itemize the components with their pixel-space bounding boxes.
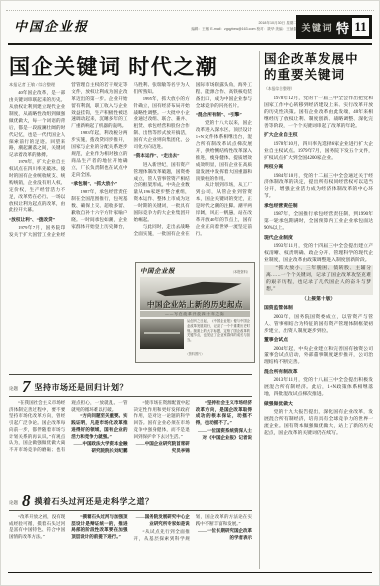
- topic-title: 坚持市场还是回归计划？: [35, 382, 129, 394]
- paragraph-sub: 混合所有制改革: [264, 370, 373, 377]
- paragraph-p: 进入新世纪，国有资产管理体制改革破题，国资委成立，管人管事管资产相结合的框架形成…: [134, 162, 190, 224]
- paragraph-shade: “抓大放小、三年脱困、债转股、主辅分离……一个个关键词，记录了国企改革攻坚克难的…: [264, 265, 373, 295]
- paragraph-p: 1993年11月，党的十四届三中全会提出建立产权清晰、权责明确、政企分开、管理科…: [264, 244, 373, 265]
- paragraph-p: 1978年12月，党的十一届三中全会作出把党和国家工作中心转移到经济建设上来、实…: [264, 96, 373, 131]
- paragraph-sub: “放权让利”、“拨改贷”: [9, 217, 65, 224]
- clipping-subheadline: ——写在改革开放四十年之际: [140, 311, 250, 317]
- clipping-caption: （资料图片）: [140, 351, 250, 356]
- byline: 本报记者 王敏 / 综合整理: [9, 82, 65, 88]
- paragraph-p: 1978年10月，四川率先选择6家企业进行扩大企业自主权试点。1979年7月，国…: [264, 142, 373, 163]
- topic-header-rule: [9, 510, 252, 511]
- paragraph-p: 1995年，抓大放小的方针确立，国有经济布局开始战略性调整。一大批中小企业通过改…: [134, 96, 190, 151]
- clipping-header: 中国企业报 （本报资料）: [140, 266, 250, 275]
- section-divider-rule: [9, 374, 252, 375]
- topic-label: 论题: [9, 500, 18, 508]
- paragraph-p: 从计划到市场，从工厂到公司，从管企业到管资本，国企关键词的变迁，正是时代之潮的注…: [196, 182, 252, 237]
- aircraft-photo-shape: [156, 279, 243, 298]
- paragraph-attr: ——国务院发展研究中心企业研究所专家如是说: [134, 514, 190, 528]
- newspaper-clipping-image: 中国企业报 （本报资料） 中国企业站上新的历史起点 ——写在改革开放四十年之际 …: [135, 262, 255, 363]
- top-dotted-border: [6, 10, 374, 11]
- paragraph-quote: “方向问题至关重要。实践证明，凡是市场化改革推进得好的领域，国有企业的活力和竞争…: [71, 413, 127, 440]
- header-rule: [8, 43, 372, 45]
- paragraph-sub: “承包制”、“抓大放小”: [71, 181, 127, 188]
- right-headline-line1: 国企改革发展中: [264, 52, 359, 66]
- bridge-photo: [140, 319, 184, 349]
- page-badge: 关键词 特 11: [296, 15, 372, 39]
- paragraph-sub: 做强做优做大: [264, 402, 373, 409]
- right-article-byline: （本报综合整理）: [264, 87, 373, 92]
- masthead-logo: 中国企业报: [14, 16, 89, 35]
- topic-7-text: “在我国社会主义市场经济体制完善过程中，要不要坚持市场化改革方向，曾经引起广泛争…: [9, 400, 252, 484]
- paragraph-p: 1978年，扩大企业自主权试点在四川率先破冰。彼时的国有企业统收统支、统购统销，…: [9, 159, 65, 214]
- paragraph-p: 党的十八大以来，国企改革进入深水区。顶层设计1+N文件体系相继出台，混合所有制改…: [196, 120, 252, 182]
- main-article-region: 国企关键词 时代之潮 本报记者 王敏 / 综合整理40年国企改革，是一部由关键词…: [9, 51, 256, 572]
- badge-page-number: 11: [352, 18, 369, 36]
- right-article-region: 国企改革发展中 的重要关键词 （本报综合整理） 1978年12月，党的十一届三中…: [264, 51, 373, 571]
- paragraph-sub: 国资监管体制: [264, 306, 373, 313]
- paragraph-sub: 承包经营责任制: [264, 204, 373, 211]
- main-headline: 国企关键词 时代之潮: [9, 51, 256, 81]
- paragraph-quote: “坚持社会主义市场经济改革方向，是国企改革取得成功的根本保证，动摇不得，也动摇不…: [196, 400, 252, 427]
- topic-8-text: “改革开放之初，没有现成经验可循，摸着石头过河是富有中国特色、符合中国国情的改革…: [9, 514, 252, 566]
- paragraph-p: 1983年起，利改税分两步实施，拨改贷同步推开，国家与企业的分配关系逐步规范，企…: [71, 130, 127, 178]
- paragraph-quote: “摸着石头过河与加强顶层设计是辩证统一的，推进局部的阶段性改革要在加强顶层设计的…: [71, 514, 127, 541]
- paragraph-sub: “资本运作”、“走出去”: [134, 153, 190, 160]
- paragraph-attr: ——一位长期研究国企改革的学者表示: [196, 528, 252, 542]
- badge-edition-label: 特: [336, 18, 349, 37]
- clipping-body-text: 从创刊之日起，《中国企业报》便与中国企业改革发展同行，记录了一个个重要历史时刻。…: [187, 319, 250, 349]
- paragraph-p: 2004年起，中央企业建立和完善国有独资公司董事会试点启动，外部董事制度逐步推开…: [264, 347, 373, 368]
- paragraph-p: 2013年11月，党的十八届三中全会提出积极发展混合所有制经济。此后，1+N政策…: [264, 378, 373, 399]
- topic-8-section: 论题 8 摸着石头过河还是走科学之道？ “改革开放之初，没有现成经验可循，摸着石…: [9, 494, 252, 566]
- topic-7-section: 论题 7 坚持市场还是回归计划？ “在我国社会主义市场经济体制完善过程中，要不要…: [9, 380, 252, 484]
- newspaper-page: 中国企业报 2018年10月30日 星期二 编辑：王敏 E-mail：zgqyb…: [0, 0, 380, 586]
- topic-label: 论题: [9, 386, 18, 394]
- right-article-text: 1978年12月，党的十一届三中全会作出把党和国家工作中心转移到经济建设上来、实…: [264, 96, 373, 569]
- paragraph-p: 党的十九大报告提出，深化国有企业改革，发展混合所有制经济，培育具有全球竞争力的世…: [264, 410, 373, 438]
- clipping-note: （本报资料）: [231, 269, 250, 274]
- right-article-headline: 国企改革发展中 的重要关键词: [264, 51, 373, 84]
- paragraph-sub: 两权分离: [264, 165, 373, 172]
- topic-8-header: 论题 8 摸着石头过河还是走科学之道？: [9, 494, 252, 508]
- paragraph-p: 40年国企改革，是一部由关键词串联起来的历史。从放权让利到建立现代企业制度，从战…: [9, 90, 65, 159]
- clipping-headline: 中国企业站上新的历史起点: [140, 299, 250, 310]
- clipping-masthead: 中国企业报: [140, 266, 175, 275]
- column-divider-rule: [259, 51, 260, 569]
- clipping-bottom-row: 从创刊之日起，《中国企业报》便与中国企业改革发展同行，记录了一个个重要历史时刻。…: [140, 319, 250, 349]
- masthead-info: 2018年10月30日 星期二 编辑：王敏 E-mail：zgqybxw@163…: [149, 20, 297, 32]
- paragraph-sub: 扩大企业自主权: [264, 133, 373, 140]
- topic-number: 8: [22, 494, 31, 508]
- topic-header-rule: [9, 396, 252, 397]
- paragraph-attr: ——一位国资系统资深人士对《中国企业报》记者说: [196, 428, 252, 442]
- paragraph-attr: ——中国企业研究院首席研究员李锦: [134, 441, 190, 455]
- topic-number: 7: [22, 380, 31, 394]
- masthead-editor-line: 编辑：王敏 E-mail：zgqybxw@163.com 校对：筱华 美编：王祯…: [149, 26, 297, 32]
- right-headline-line2: 的重要关键词: [264, 68, 345, 82]
- paragraph-p: “使市场在资源配置中起决定性作用和更好发挥政府作用，是对这一论题的科学回答。国有…: [134, 400, 190, 441]
- paragraph-p: “改革开放之初，没有现成经验可循，摸着石头过河是富有中国特色、符合中国国情的改革…: [9, 514, 65, 541]
- clipping-sky-photo: 中国企业站上新的历史起点: [140, 277, 250, 310]
- paragraph-sub: 现代企业制度: [264, 236, 373, 243]
- paragraph-bracket: （上接第十版）: [264, 297, 373, 304]
- topic-title: 摸着石头过河还是走科学之道？: [35, 496, 154, 508]
- paragraph-p: 2003年，国务院国资委成立，以管资产与管人、管事相结合为特征的国有资产管理体制…: [264, 315, 373, 336]
- paragraph-sub: “混合所有制”、“引擎”: [196, 112, 252, 119]
- bottom-rule: [8, 572, 372, 573]
- paragraph-attr: ——中国政法大学资本金融研究院院长刘纪鹏: [71, 441, 127, 455]
- paragraph-sub: 董事会试点: [264, 338, 373, 345]
- badge-keyword-label: 关键词: [301, 21, 333, 34]
- paragraph-p: 1984年10月，党的十二届三中全会通过关于经济体制改革的决定，提出所有权同经营…: [264, 174, 373, 202]
- paragraph-p: 1987年，全国推行承包经营责任制，到1990年第一轮承包期满时，全国预算内工业…: [264, 212, 373, 233]
- topic-7-header: 论题 7 坚持市场还是回归计划？: [9, 380, 252, 394]
